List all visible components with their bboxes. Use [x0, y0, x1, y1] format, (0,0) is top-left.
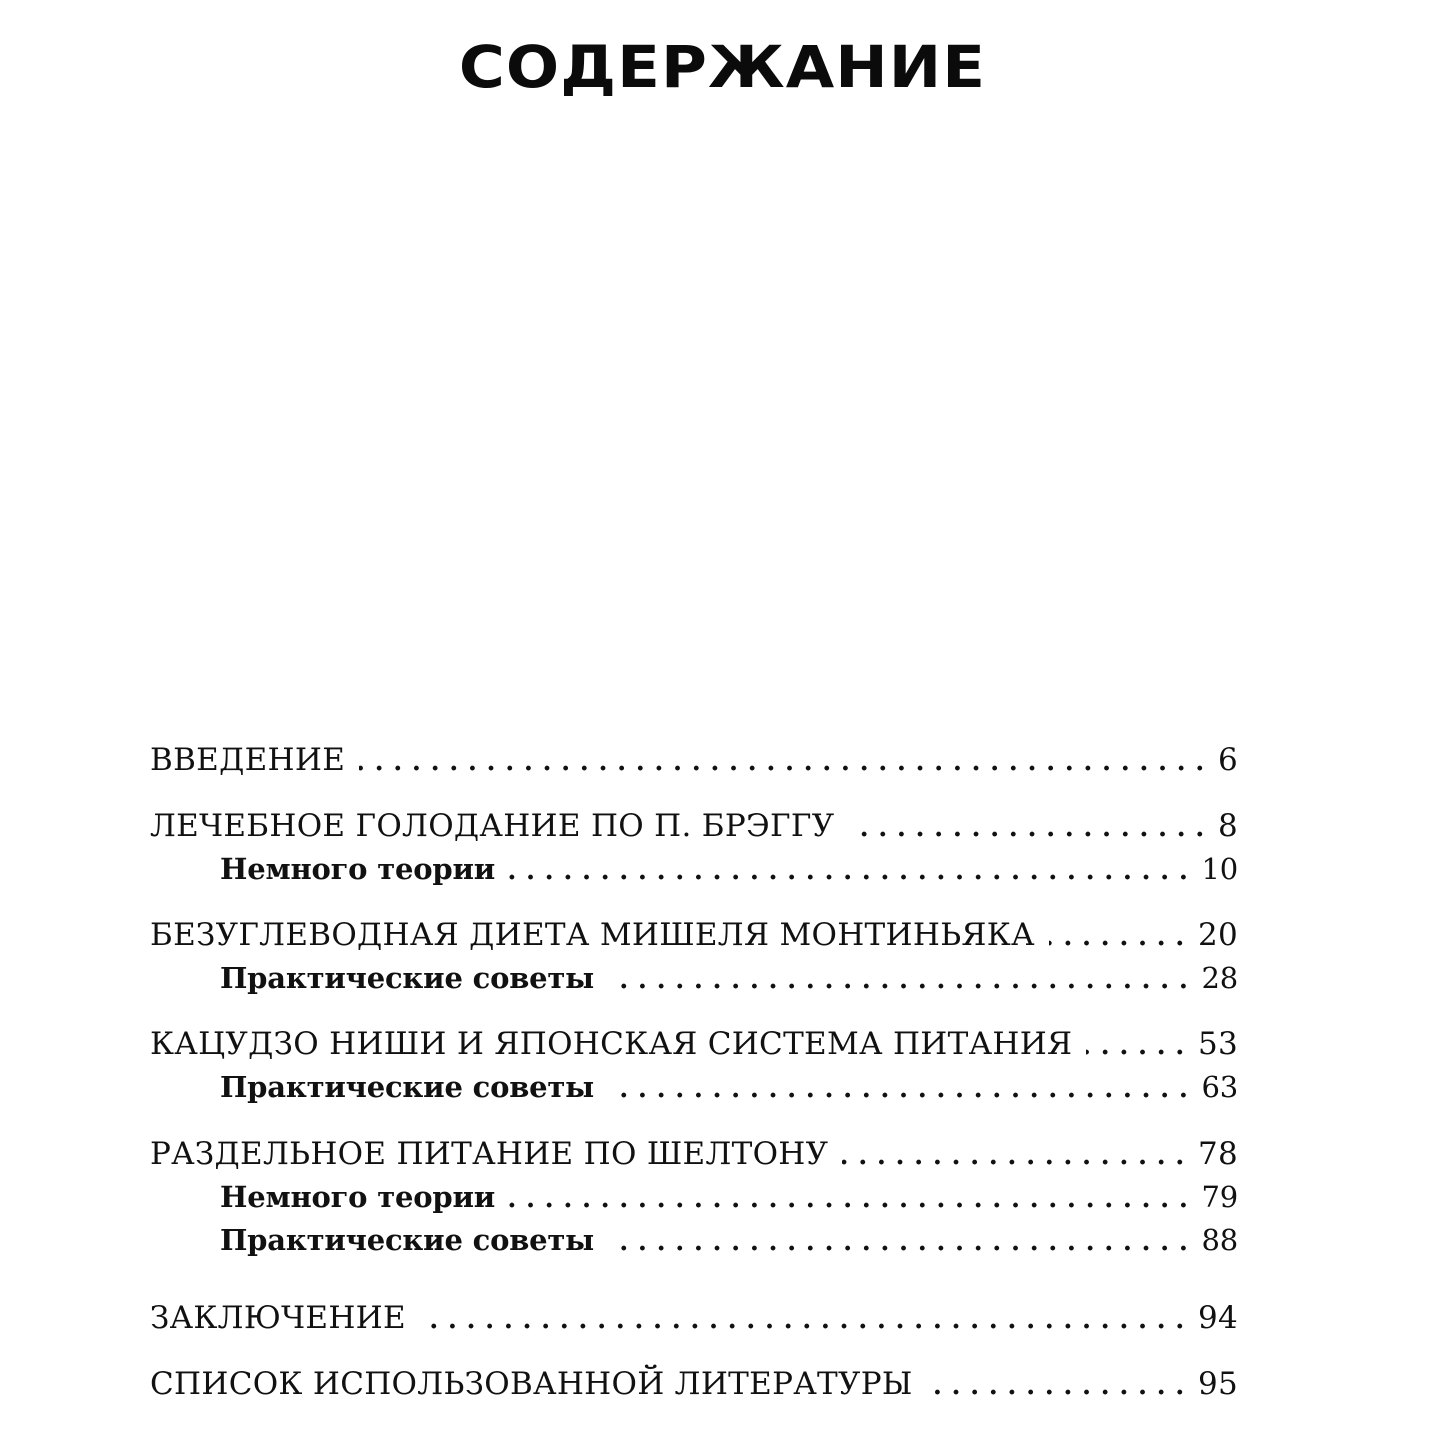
toc-entry-nishi-system[interactable]: КАЦУДЗО НИШИ И ЯПОНСКАЯ СИСТЕМА ПИТАНИЯ … — [150, 1026, 1238, 1062]
toc-entry-page: 78 — [1194, 1136, 1238, 1172]
toc-entry-conclusion[interactable]: ЗАКЛЮЧЕНИЕ .............................… — [150, 1300, 1238, 1336]
toc-entry-label: Практические советы — [220, 961, 608, 995]
dot-leader: ........................................… — [359, 747, 1214, 777]
toc-entry-label: Практические советы — [220, 1070, 608, 1104]
toc-entry-page: 28 — [1197, 961, 1238, 995]
toc-entry-label: Немного теории — [220, 852, 509, 886]
toc-entry-label: ЛЕЧЕБНОЕ ГОЛОДАНИЕ ПО П. БРЭГГУ — [150, 808, 848, 844]
toc-entry-label: КАЦУДЗО НИШИ И ЯПОНСКАЯ СИСТЕМА ПИТАНИЯ — [150, 1026, 1086, 1062]
toc-entry-page: 95 — [1194, 1366, 1238, 1402]
toc-entry-label: БЕЗУГЛЕВОДНАЯ ДИЕТА МИШЕЛЯ МОНТИНЬЯКА — [150, 917, 1049, 953]
toc-entry-label: Немного теории — [220, 1180, 509, 1214]
toc-entry-shelton-theory[interactable]: Немного теории .........................… — [150, 1180, 1238, 1214]
toc-entry-label: РАЗДЕЛЬНОЕ ПИТАНИЕ ПО ШЕЛТОНУ — [150, 1136, 842, 1172]
dot-leader: ........................................… — [1086, 1031, 1194, 1061]
toc-entry-page: 8 — [1214, 808, 1238, 844]
page-title: СОДЕРЖАНИЕ — [0, 38, 1445, 96]
toc-entry-references[interactable]: СПИСОК ИСПОЛЬЗОВАННОЙ ЛИТЕРАТУРЫ .......… — [150, 1366, 1238, 1402]
toc-entry-page: 94 — [1194, 1300, 1238, 1336]
dot-leader: ........................................… — [927, 1371, 1194, 1401]
toc-entry-page: 88 — [1197, 1223, 1238, 1257]
toc-entry-page: 79 — [1197, 1180, 1238, 1214]
toc-entry-page: 20 — [1194, 917, 1238, 953]
toc-entry-label: СПИСОК ИСПОЛЬЗОВАННОЙ ЛИТЕРАТУРЫ — [150, 1366, 927, 1402]
toc-entry-page: 53 — [1194, 1026, 1238, 1062]
toc-entry-page: 6 — [1214, 742, 1238, 778]
dot-leader: ........................................… — [608, 1074, 1197, 1104]
toc-entry-page: 10 — [1197, 852, 1238, 886]
dot-leader: ........................................… — [509, 856, 1197, 886]
dot-leader: ........................................… — [420, 1305, 1194, 1335]
toc-entry-shelton-food-combining[interactable]: РАЗДЕЛЬНОЕ ПИТАНИЕ ПО ШЕЛТОНУ ..........… — [150, 1136, 1238, 1172]
dot-leader: ........................................… — [1049, 922, 1194, 952]
toc-entry-page: 63 — [1197, 1070, 1238, 1104]
dot-leader: ........................................… — [608, 965, 1197, 995]
toc-entry-introduction[interactable]: ВВЕДЕНИЕ ...............................… — [150, 742, 1238, 778]
dot-leader: ........................................… — [848, 813, 1214, 843]
toc-entry-bragg-fasting[interactable]: ЛЕЧЕБНОЕ ГОЛОДАНИЕ ПО П. БРЭГГУ ........… — [150, 808, 1238, 844]
toc-entry-nishi-tips[interactable]: Практические советы ....................… — [150, 1070, 1238, 1104]
toc-entry-montignac-diet[interactable]: БЕЗУГЛЕВОДНАЯ ДИЕТА МИШЕЛЯ МОНТИНЬЯКА ..… — [150, 917, 1238, 953]
toc-entry-bragg-theory[interactable]: Немного теории .........................… — [150, 852, 1238, 886]
dot-leader: ........................................… — [842, 1141, 1194, 1171]
toc-entry-label: ВВЕДЕНИЕ — [150, 742, 359, 778]
dot-leader: ........................................… — [509, 1184, 1197, 1214]
dot-leader: ........................................… — [608, 1227, 1197, 1257]
toc-entry-shelton-tips[interactable]: Практические советы ....................… — [150, 1223, 1238, 1257]
toc-entry-label: ЗАКЛЮЧЕНИЕ — [150, 1300, 420, 1336]
toc-entry-label: Практические советы — [220, 1223, 608, 1257]
toc-entry-montignac-tips[interactable]: Практические советы ....................… — [150, 961, 1238, 995]
